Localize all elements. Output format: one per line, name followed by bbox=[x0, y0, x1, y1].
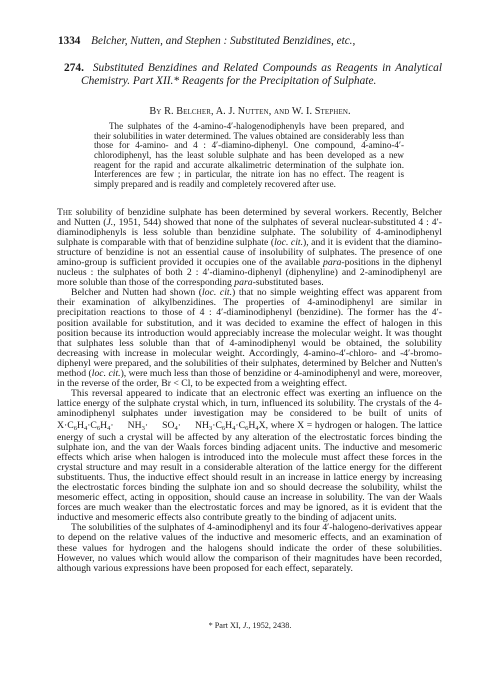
paragraph-1: The solubility of benzidine sulphate has… bbox=[57, 208, 442, 288]
f: SO bbox=[162, 420, 174, 431]
footnote: * Part XI, J., 1952, 2438. bbox=[0, 621, 500, 630]
text-run: , where X = hydrogen or halogen. The lat… bbox=[57, 420, 442, 523]
byline: By R. Belcher, A. J. Nutten, and W. I. S… bbox=[0, 106, 500, 117]
f: H bbox=[135, 420, 142, 431]
body-text: The solubility of benzidine sulphate has… bbox=[57, 208, 442, 574]
f: H bbox=[202, 420, 209, 431]
plus-charge: + bbox=[114, 413, 135, 419]
plus-charge: + bbox=[181, 413, 202, 419]
f: ·C bbox=[235, 420, 245, 431]
article-title-text: Substituted Benzidines and Related Compo… bbox=[81, 62, 442, 87]
minus-charge: − − bbox=[148, 413, 174, 419]
journal-page: 1334 Belcher, Nutten, and Stephen : Subs… bbox=[0, 0, 500, 679]
running-head: 1334 Belcher, Nutten, and Stephen : Subs… bbox=[58, 35, 355, 47]
abstract: The sulphates of the 4-amino-4′-halogeno… bbox=[94, 122, 404, 190]
f: X bbox=[259, 420, 266, 431]
f: N bbox=[128, 420, 135, 431]
footnote-text: , 1952, 2438. bbox=[248, 621, 291, 630]
charged-n: +N bbox=[181, 419, 202, 433]
paragraph-2: Belcher and Nutten had shown (loc. cit.)… bbox=[57, 288, 442, 388]
f: ·C bbox=[87, 420, 97, 431]
paragraph-3: This reversal appeared to indicate that … bbox=[57, 389, 442, 524]
article-title: 274. Substituted Benzidines and Related … bbox=[64, 62, 442, 88]
charged-so4: − −SO bbox=[148, 419, 174, 433]
footnote-text: * Part XI, bbox=[209, 621, 243, 630]
charged-n: +N bbox=[114, 419, 135, 433]
text-run: ) that no simple weighting effect was ap… bbox=[57, 287, 442, 378]
f: ·C bbox=[212, 420, 222, 431]
f: X·C bbox=[57, 420, 74, 431]
paragraph-4: The solubilities of the sulphates of 4-a… bbox=[57, 523, 442, 573]
running-title: Belcher, Nutten, and Stephen : Substitut… bbox=[91, 35, 355, 47]
f: H bbox=[77, 420, 84, 431]
page-number: 1334 bbox=[58, 35, 80, 47]
byline-prefix: By bbox=[149, 106, 161, 117]
authors: R. Belcher, A. J. Nutten, and W. I. Step… bbox=[164, 106, 351, 117]
chemical-formula: X·C6H4·C6H4·+NH3·− −SO4·+NH3·C6H4·C6H4X bbox=[57, 420, 266, 431]
article-number: 274. bbox=[64, 62, 84, 74]
f: N bbox=[195, 420, 202, 431]
abstract-text: The sulphates of the 4-amino-4′-halogeno… bbox=[94, 122, 404, 190]
